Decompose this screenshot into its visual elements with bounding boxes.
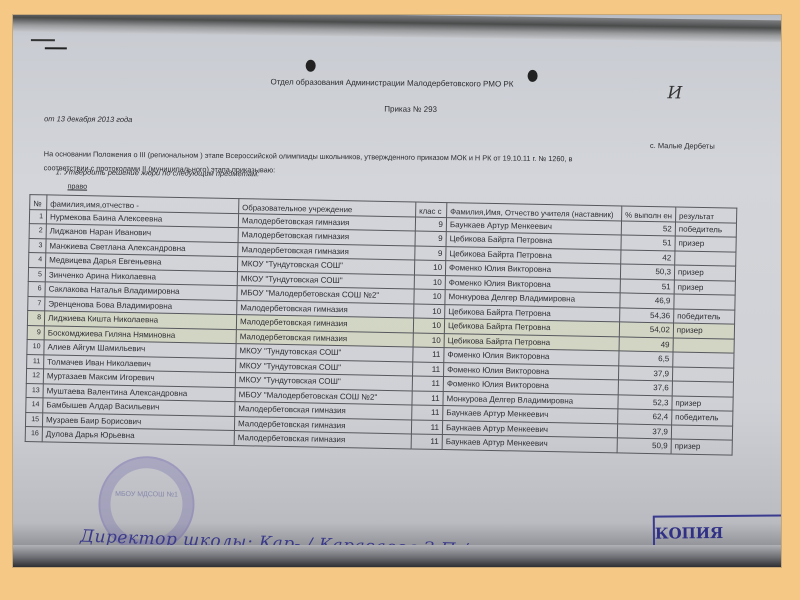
cell-grade: 10 <box>413 332 444 347</box>
cell-percent: 42 <box>621 249 675 265</box>
cell-percent: 6,5 <box>619 351 673 367</box>
cell-result: призер <box>671 439 732 455</box>
cell-grade: 11 <box>412 405 443 420</box>
cell-number: 15 <box>25 412 42 427</box>
cell-number: 16 <box>25 427 42 442</box>
cell-result <box>673 337 734 353</box>
cell-number: 14 <box>26 398 43 413</box>
cell-percent: 50,3 <box>620 264 674 280</box>
cell-result: победитель <box>673 308 734 324</box>
cell-result: победитель <box>675 221 736 237</box>
cell-percent: 50,9 <box>617 438 671 454</box>
cell-number: 2 <box>29 224 46 239</box>
cell-number: 13 <box>26 383 43 398</box>
cell-grade: 11 <box>412 376 443 391</box>
cell-grade: 10 <box>414 303 445 318</box>
cell-grade: 9 <box>415 245 446 260</box>
cell-number: 6 <box>28 282 45 297</box>
cell-number: 8 <box>27 311 44 326</box>
results-table: № фамилия,имя,отчество - Образовательное… <box>25 194 738 455</box>
cell-number: 1 <box>29 209 46 224</box>
cell-percent: 51 <box>621 235 675 251</box>
cell-percent: 37,9 <box>618 365 672 381</box>
cell-result <box>675 250 736 266</box>
paper-bottom-edge <box>13 545 781 567</box>
cell-result <box>672 366 733 382</box>
cell-number: 7 <box>28 296 45 311</box>
cell-grade: 10 <box>414 289 445 304</box>
cell-grade: 11 <box>413 361 444 376</box>
order-date: от 13 декабря 2013 года <box>44 114 132 124</box>
cell-percent: 51 <box>620 278 674 294</box>
cell-percent: 54,02 <box>619 322 673 338</box>
cell-grade: 11 <box>411 419 442 434</box>
cell-result: призер <box>674 265 735 281</box>
cell-number: 11 <box>27 354 44 369</box>
cell-teacher: Баункаев Артур Менкеевич <box>442 435 617 453</box>
col-grade: клас с <box>416 202 447 217</box>
cell-percent: 52,3 <box>618 394 672 410</box>
cell-percent: 62,4 <box>618 409 672 425</box>
cell-number: 3 <box>29 238 46 253</box>
document-photo: И Отдел образования Администрации Малоде… <box>12 14 782 568</box>
cell-result: победитель <box>672 410 733 426</box>
col-result: результат <box>675 207 736 223</box>
cell-number: 10 <box>27 340 44 355</box>
cell-result: призер <box>675 236 736 252</box>
subject-label: право <box>67 181 87 190</box>
handwritten-mark: И <box>667 83 682 103</box>
col-percent: % выполн ен <box>622 206 676 222</box>
order-item: 1. Утвердить решение жюри по следующим п… <box>56 167 260 178</box>
cell-grade: 11 <box>412 390 443 405</box>
cell-result: призер <box>673 323 734 339</box>
cell-result: призер <box>674 279 735 295</box>
cell-number: 5 <box>28 267 45 282</box>
cell-grade: 9 <box>415 231 446 246</box>
cell-school: Малодербетовская гимназия <box>234 431 411 449</box>
cell-number: 9 <box>27 325 44 340</box>
punch-hole <box>528 70 538 82</box>
cell-result <box>671 424 732 440</box>
cell-percent: 46,9 <box>620 293 674 309</box>
seal-text: МБОУ МДСОШ №1 <box>101 490 193 501</box>
cell-grade: 10 <box>413 318 444 333</box>
corner-mark <box>31 37 71 53</box>
cell-grade: 10 <box>414 260 445 275</box>
order-number: Приказ № 293 <box>384 104 437 114</box>
cell-percent: 37,9 <box>617 423 671 439</box>
cell-percent: 54,36 <box>620 307 674 323</box>
order-document: И Отдел образования Администрации Малоде… <box>18 31 773 554</box>
cell-grade: 11 <box>413 347 444 362</box>
cell-number: 4 <box>29 253 46 268</box>
cell-result <box>674 294 735 310</box>
cell-number: 12 <box>26 369 43 384</box>
col-number: № <box>30 195 47 210</box>
cell-grade: 9 <box>415 216 446 231</box>
cell-percent: 52 <box>621 220 675 236</box>
cell-result <box>673 352 734 368</box>
punch-hole <box>306 60 316 72</box>
cell-result: призер <box>672 395 733 411</box>
cell-percent: 37,6 <box>618 380 672 396</box>
organization-title: Отдел образования Администрации Малодерб… <box>270 77 513 88</box>
cell-result <box>672 381 733 397</box>
cell-percent: 49 <box>619 336 673 352</box>
cell-grade: 10 <box>414 274 445 289</box>
cell-name: Дулова Дарья Юрьевна <box>42 427 234 445</box>
cell-grade: 11 <box>411 434 442 449</box>
